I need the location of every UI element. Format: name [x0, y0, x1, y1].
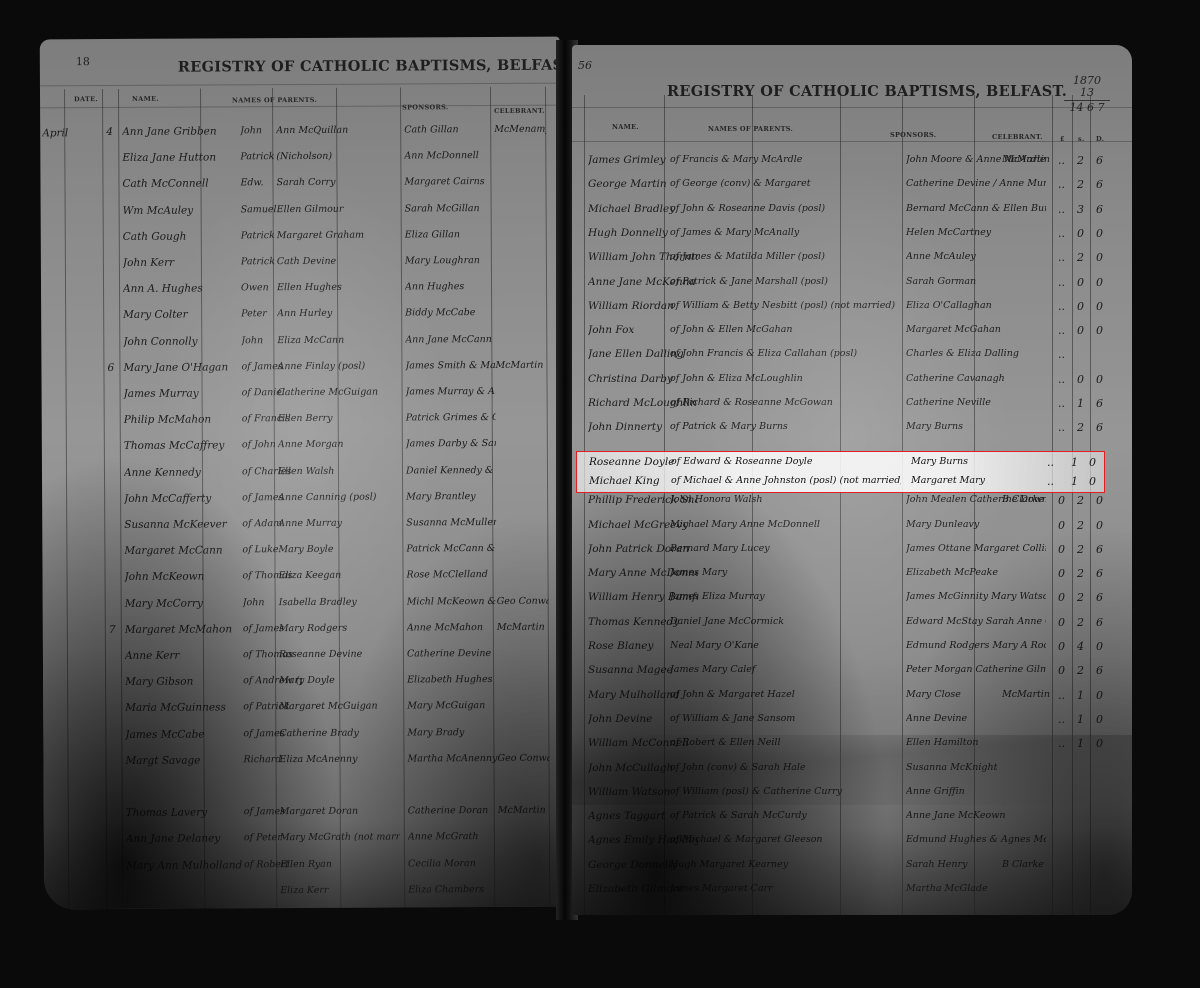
entry-parents: James Margaret Carr	[670, 883, 900, 894]
entry-pence: 0	[1096, 519, 1103, 532]
entry-mother: Ellen Berry	[278, 413, 398, 425]
table-row: Susanna McKeeverof AdamAnne MurraySusann…	[42, 514, 562, 539]
entry-pounds: 0	[1058, 543, 1065, 556]
table-row: Thomas Laveryof JamesMargaret DoranCathe…	[44, 802, 564, 827]
entry-sponsors: Catherine Devine	[407, 648, 497, 659]
col-parents: NAMES OF PARENTS.	[232, 96, 317, 104]
entry-name: Cath McConnell	[122, 178, 242, 191]
entry-mother: Ellen Gilmour	[277, 203, 397, 215]
entry-day: 6	[107, 362, 114, 374]
entry-shillings: 2	[1077, 421, 1084, 434]
entry-shillings: 1	[1077, 397, 1084, 410]
entry-pounds: ..	[1058, 324, 1065, 337]
entry-sponsors: Margaret Mary	[911, 475, 1051, 486]
entry-parents: of Richard & Roseanne McGowan	[670, 397, 900, 408]
entry-mother: Ann McQuillan	[276, 125, 396, 137]
folio-top: 13	[1064, 87, 1110, 99]
entry-name: Mary Colter	[123, 309, 243, 322]
table-row: James Murrayof DanielCatherine McGuiganJ…	[42, 383, 562, 408]
entry-sponsors: James Smith & Mary Coffey	[405, 360, 495, 371]
entry-sponsors: Ann Jane McCann	[405, 334, 495, 345]
entry-name: Maria McGuinness	[125, 702, 245, 715]
table-row: Mary McCorryJohnIsabella BradleyMichl Mc…	[43, 592, 563, 617]
table-row: John KerrPatrickCath DevineMary Loughran	[41, 252, 561, 277]
entry-parents: Daniel Jane McCormick	[670, 616, 900, 627]
entry-name: Eliza Jane Hutton	[122, 151, 242, 164]
entry-sponsors: James Darby & Sarah Dobbs	[406, 438, 496, 449]
table-row: Michael Kingof Michael & Anne Johnston (…	[577, 472, 1104, 494]
entry-parents: Hugh Margaret Kearney	[670, 859, 900, 870]
col-name: NAME.	[132, 95, 159, 103]
entry-pence: 0	[1096, 373, 1103, 386]
entry-name: Anne Kerr	[125, 649, 245, 662]
entry-pence: 6	[1096, 591, 1103, 604]
entry-pounds: ..	[1058, 300, 1065, 313]
table-row: John Foxof John & Ellen McGahanMargaret …	[572, 321, 1132, 343]
entry-sponsors: Mary Burns	[906, 421, 1046, 432]
entry-sponsors: James McGinnity Mary Watson	[906, 591, 1046, 602]
entry-mother: Isabella Bradley	[279, 596, 399, 608]
entry-pounds: 0	[1058, 664, 1065, 677]
col-name: NAME.	[612, 123, 639, 131]
col-pence: D.	[1096, 135, 1104, 143]
entry-sponsors: Ann McDonnell	[404, 150, 494, 161]
entry-parents: of James & Mary McAnally	[670, 227, 900, 238]
entry-sponsors: Margaret Cairns	[404, 176, 494, 187]
entry-mother: Roseanne Devine	[279, 648, 399, 660]
table-row: Michael McGreevyMichael Mary Anne McDonn…	[572, 516, 1132, 538]
entry-sponsors: Eliza O'Callaghan	[906, 300, 1046, 311]
table-row: William Henry BamfordJames Eliza MurrayJ…	[572, 588, 1132, 610]
entry-parents: of William & Jane Sansom	[670, 713, 900, 724]
table-row: Wm McAuleySamuelEllen GilmourSarah McGil…	[41, 199, 561, 224]
table-row: George DonnellyHugh Margaret KearneySara…	[572, 856, 1132, 878]
document-viewer: 18 REGISTRY OF CATHOLIC BAPTISMS, BELFAS…	[0, 0, 1200, 988]
entry-parents: of Michael & Margaret Gleeson	[670, 834, 900, 845]
table-row: Agnes Emily Hackleyof Michael & Margaret…	[572, 831, 1132, 853]
table-row: Eliza KerrEliza Chambers	[44, 880, 564, 905]
entry-sponsors: Helen McCartney	[906, 227, 1046, 238]
entry-sponsors: Mary Brady	[407, 727, 497, 738]
right-page-title: REGISTRY OF CATHOLIC BAPTISMS, BELFAST.	[667, 83, 1067, 100]
entry-sponsors: Rose McClelland	[407, 569, 497, 580]
entry-pounds: 0	[1058, 616, 1065, 629]
entry-pounds: ..	[1058, 737, 1065, 750]
entry-name: James Murray	[124, 387, 244, 400]
entry-name	[126, 780, 246, 781]
col-shillings: s.	[1078, 135, 1085, 143]
entry-pence: 0	[1096, 494, 1103, 507]
table-row: Jane Ellen Dallingof John Francis & Eliz…	[572, 345, 1132, 367]
entry-shillings: 1	[1071, 456, 1078, 469]
table-row: 4Ann Jane GribbenJohnAnn McQuillanCath G…	[40, 121, 560, 146]
entry-parents: Neal Mary O'Kane	[670, 640, 900, 651]
entry-name: Cath Gough	[123, 230, 243, 243]
entry-pence: 0	[1096, 640, 1103, 653]
entry-mother: Eliza Keegan	[279, 570, 399, 582]
table-row: Hugh Donnellyof James & Mary McAnallyHel…	[572, 224, 1132, 246]
entry-parents: of John & Margaret Hazel	[670, 689, 900, 700]
entry-pence: 0	[1096, 324, 1103, 337]
entry-pounds: ..	[1058, 689, 1065, 702]
entry-day: 4	[106, 126, 113, 138]
entry-name: Mary Jane O'Hagan	[123, 361, 243, 374]
entry-pounds: ..	[1047, 475, 1054, 488]
entry-mother: Catherine Brady	[279, 727, 399, 739]
entry-mother: Catherine McGuigan	[278, 386, 398, 398]
col-sponsors: SPONSORS.	[402, 103, 448, 111]
entry-shillings: 0	[1077, 373, 1084, 386]
entry-name: Mary McCorry	[125, 597, 245, 610]
entry-parents: of Patrick & Sarah McCurdy	[670, 810, 900, 821]
entry-sponsors: Anne McAuley	[906, 251, 1046, 262]
table-row: Thomas McCaffreyof JohnAnne MorganJames …	[42, 435, 562, 460]
col-celebrant: CELEBRANT.	[992, 133, 1043, 141]
entry-sponsors: Susanna McKnight	[906, 762, 1046, 773]
left-ledger-page: 18 REGISTRY OF CATHOLIC BAPTISMS, BELFAS…	[40, 37, 565, 910]
entry-sponsors: Edmund Rodgers Mary A Rodgers	[906, 640, 1046, 651]
selected-record-highlight[interactable]: Roseanne Doyleof Edward & Roseanne Doyle…	[576, 451, 1105, 493]
highlighted-entries: Roseanne Doyleof Edward & Roseanne Doyle…	[577, 452, 1104, 492]
entry-celebrant: Geo Conway	[497, 595, 549, 606]
entry-parents: John Honora Walsh	[670, 494, 900, 505]
entry-pence: 0	[1096, 227, 1103, 240]
entry-mother: Anne Finlay (posl)	[277, 360, 397, 372]
entry-shillings: 2	[1077, 178, 1084, 191]
table-row: John Devineof William & Jane SansomAnne …	[572, 710, 1132, 732]
entry-shillings: 3	[1077, 203, 1084, 216]
entry-name: Margaret McCann	[124, 544, 244, 557]
entry-parents: of John & Ellen McGahan	[670, 324, 900, 335]
entry-pounds: 0	[1058, 494, 1065, 507]
entry-parents: James Mary	[670, 567, 900, 578]
entry-name: Wm McAuley	[123, 204, 243, 217]
entry-sponsors: Ellen Hamilton	[906, 737, 1046, 748]
entry-sponsors: Sarah McGillan	[405, 203, 495, 214]
entry-mother: Ellen Hughes	[277, 282, 397, 294]
table-row: Cath GoughPatrickMargaret GrahamEliza Gi…	[41, 225, 561, 250]
table-row: Michael Bradleyof John & Roseanne Davis …	[572, 200, 1132, 222]
table-row: John McKeownof ThomasEliza KeeganRose Mc…	[42, 566, 562, 591]
entry-mother: Eliza McCann	[277, 334, 397, 346]
entry-name: John Connolly	[123, 335, 243, 348]
entry-sponsors: Anne Griffin	[906, 786, 1046, 797]
entry-name: John McCafferty	[124, 492, 244, 505]
table-row: Anne Kennedyof CharlesEllen WalshDaniel …	[42, 461, 562, 486]
entry-sponsors: Patrick Grimes & Catherine Cullen	[406, 412, 496, 423]
header-rule	[572, 141, 1132, 142]
entry-shillings: 4	[1077, 640, 1084, 653]
entry-pounds: ..	[1058, 421, 1065, 434]
entry-sponsors: Susanna McMullen	[406, 517, 496, 528]
entry-pence: 6	[1096, 154, 1103, 167]
entry-parents: James Mary Calef	[670, 664, 900, 675]
entry-name: Margaret McMahon	[125, 623, 245, 636]
entry-parents: of James & Matilda Miller (posl)	[670, 251, 900, 262]
table-row: Cath McConnellEdw.Sarah CorryMargaret Ca…	[40, 173, 560, 198]
entry-sponsors: Mary Brantley	[406, 491, 496, 502]
entry-celebrant: McMartin	[495, 360, 547, 371]
table-row: Mary ColterPeterAnn HurleyBiddy McCabe	[41, 304, 561, 329]
table-row: James McCabeof JamesCatherine BradyMary …	[43, 723, 563, 748]
entry-mother: Mary Doyle	[279, 675, 399, 687]
table-row: Maria McGuinnessof PatrickMargaret McGui…	[43, 697, 563, 722]
entry-pounds: ..	[1058, 178, 1065, 191]
table-row: Philip McMahonof FrancisEllen BerryPatri…	[42, 409, 562, 434]
table-row: Mary Gibsonof Andrew (posl)Mary DoyleEli…	[43, 671, 563, 696]
entry-pence: 0	[1096, 689, 1103, 702]
header-rule	[572, 107, 1132, 108]
entry-mother: Mary McGrath (not married)	[280, 832, 400, 844]
entry-name: Mary Ann Mulholland	[126, 859, 246, 872]
entry-parents: of Robert & Ellen Neill	[670, 737, 900, 748]
entry-sponsors: Martha McAnenny	[407, 753, 497, 764]
col-pounds: £	[1060, 135, 1065, 143]
entry-pounds: ..	[1058, 276, 1065, 289]
entry-mother: Anne Murray	[278, 517, 398, 529]
entry-parents: of Patrick & Jane Marshall (posl)	[670, 276, 900, 287]
entry-mother: Eliza Kerr	[280, 884, 400, 896]
entry-sponsors: Bernard McCann & Ellen Burns	[906, 203, 1046, 214]
entry-shillings: 2	[1077, 543, 1084, 556]
entry-pence: 6	[1096, 664, 1103, 677]
entry-name: Susanna McKeever	[124, 518, 244, 531]
entry-sponsors: Charles & Eliza Dalling	[906, 348, 1046, 359]
table-row: John McCaffertyof JamesAnne Canning (pos…	[42, 487, 562, 512]
col-celebrant: CELEBRANT.	[494, 107, 545, 115]
table-row: Phillip Frederick ShawJohn Honora WalshJ…	[572, 491, 1132, 513]
entry-shillings: 2	[1077, 616, 1084, 629]
entry-sponsors: Michl McKeown & Jane Collins	[407, 596, 497, 607]
entry-celebrant: McMartin	[497, 622, 549, 633]
table-row: Elizabeth GilmoreJames Margaret CarrMart…	[572, 880, 1132, 902]
entry-sponsors: Patrick McCann & Susanna Lennon	[406, 543, 496, 554]
entry-sponsors: Elizabeth McPeake	[906, 567, 1046, 578]
entry-sponsors: James Ottane Margaret Collins	[906, 543, 1046, 554]
entry-name	[126, 885, 246, 886]
entry-name: Thomas McCaffrey	[124, 440, 244, 453]
table-row: 7Margaret McMahonof JamesMary RodgersAnn…	[43, 618, 563, 643]
entry-parents: of William & Betty Nesbitt (posl) (not m…	[670, 300, 900, 311]
entry-pence: 6	[1096, 616, 1103, 629]
entry-sponsors: Biddy McCabe	[405, 307, 495, 318]
table-row: Anne Jane McKennaof Patrick & Jane Marsh…	[572, 273, 1132, 295]
entry-sponsors: Elizabeth Hughes	[407, 674, 497, 685]
entry-shillings: 2	[1077, 591, 1084, 604]
entry-sponsors: Catherine Doran	[408, 805, 498, 816]
entry-mother: Ellen Ryan	[280, 858, 400, 870]
entry-mother: Anne Morgan	[278, 439, 398, 451]
entry-mother: (Nicholson)	[276, 151, 396, 163]
entry-name: Margt Savage	[125, 754, 245, 767]
entry-pence: 0	[1089, 475, 1096, 488]
entry-pence: 6	[1096, 397, 1103, 410]
entry-parents: of Francis & Mary McArdle	[670, 154, 900, 165]
entry-celebrant: Geo Conway	[497, 753, 549, 764]
entry-name: Philip McMahon	[124, 413, 244, 426]
entry-shillings: 0	[1077, 324, 1084, 337]
entry-mother: Mary Boyle	[278, 544, 398, 556]
entry-sponsors: Cath Gillan	[404, 124, 494, 135]
entry-pence: 0	[1096, 713, 1103, 726]
entry-sponsors: Anne McGrath	[408, 831, 498, 842]
entry-parents: of George (conv) & Margaret	[670, 178, 900, 189]
entry-sponsors: Catherine Neville	[906, 397, 1046, 408]
entry-shillings: 0	[1077, 227, 1084, 240]
entry-name: John McKeown	[125, 571, 245, 584]
entry-pounds: 0	[1058, 567, 1065, 580]
table-row: Margt SavageRichardEliza McAnennyMartha …	[43, 749, 563, 774]
table-row: William Watsonof William (posl) & Cather…	[572, 783, 1132, 805]
table-row: Agnes Taggartof Patrick & Sarah McCurdyA…	[572, 807, 1132, 829]
entry-pence: 6	[1096, 178, 1103, 191]
entry-sponsors: Mary Burns	[911, 456, 1051, 467]
entry-shillings: 0	[1077, 276, 1084, 289]
table-row: William McConnellof Robert & Ellen Neill…	[572, 734, 1132, 756]
entry-pounds: ..	[1047, 456, 1054, 469]
entry-shillings: 2	[1077, 664, 1084, 677]
entry-name: Ann Jane Delaney	[126, 833, 246, 846]
table-row: John Patrick DoranBernard Mary LuceyJame…	[572, 540, 1132, 562]
entry-shillings: 1	[1071, 475, 1078, 488]
entry-mother: Ann Hurley	[277, 308, 397, 320]
entry-sponsors: Anne McMahon	[407, 622, 497, 633]
entry-sponsors: Anne Jane McKeown	[906, 810, 1046, 821]
entry-sponsors: Mary Dunleavy	[906, 519, 1046, 530]
entry-mother: Ellen Walsh	[278, 465, 398, 477]
entry-celebrant: McMenamy	[494, 124, 546, 135]
entry-celebrant: McMartin	[498, 805, 550, 816]
entry-shillings: 1	[1077, 713, 1084, 726]
col-parents: NAMES OF PARENTS.	[708, 125, 793, 133]
entry-sponsors: Margaret McGahan	[906, 324, 1046, 335]
entry-pence: 0	[1096, 737, 1103, 750]
entry-sponsors: Catherine Cavanagh	[906, 373, 1046, 384]
entry-mother: Anne Canning (posl)	[278, 491, 398, 503]
table-row: Ann Jane Delaneyof PeterMary McGrath (no…	[44, 828, 564, 853]
entry-pounds: ..	[1058, 397, 1065, 410]
entry-shillings: 2	[1077, 494, 1084, 507]
table-row: 6Mary Jane O'Haganof JamesAnne Finlay (p…	[41, 356, 561, 381]
table-row: Eliza Jane HuttonPatrick(Nicholson)Ann M…	[40, 147, 560, 172]
entry-day: 7	[109, 624, 116, 636]
left-page-title: REGISTRY OF CATHOLIC BAPTISMS, BELFAST.	[178, 57, 564, 76]
entry-parents: of John (conv) & Sarah Hale	[670, 762, 900, 773]
entry-name: Thomas Lavery	[126, 806, 246, 819]
table-row	[44, 776, 564, 801]
entry-sponsors: James Murray & Anne McGuigan	[406, 386, 496, 397]
entry-pounds: ..	[1058, 713, 1065, 726]
entry-pounds: ..	[1058, 154, 1065, 167]
entry-parents: of Michael & Anne Johnston (posl) (not m…	[671, 475, 901, 486]
col-date: DATE.	[74, 95, 98, 103]
folio-annotation: 1870 13 14 6 7	[1064, 75, 1110, 114]
entry-celebrant: B Clarke	[1002, 494, 1052, 505]
table-row: James Grimleyof Francis & Mary McArdleJo…	[572, 151, 1132, 173]
entry-sponsors: Mary Loughran	[405, 255, 495, 266]
entry-shillings: 2	[1077, 567, 1084, 580]
entry-pounds: ..	[1058, 348, 1065, 361]
entry-pence: 6	[1096, 203, 1103, 216]
col-sponsors: SPONSORS.	[890, 131, 936, 139]
entry-pounds: ..	[1058, 203, 1065, 216]
entry-sponsors: Martha McGlade	[906, 883, 1046, 894]
table-row: John Dinnertyof Patrick & Mary BurnsMary…	[572, 418, 1132, 440]
entry-parents: of Patrick & Mary Burns	[670, 421, 900, 432]
table-row: Anne Kerrof ThomasRoseanne DevineCatheri…	[43, 645, 563, 670]
right-page-corner-note: 56	[578, 59, 592, 72]
entry-sponsors: Edward McStay Sarah Anne Cameron	[906, 616, 1046, 627]
entry-shillings: 2	[1077, 519, 1084, 532]
table-row: Mary Ann Mulhollandof RobertEllen RyanCe…	[44, 854, 564, 879]
entry-sponsors: Daniel Kennedy & Elizabeth Kennedy	[406, 465, 496, 476]
table-row: William Riordanof William & Betty Nesbit…	[572, 297, 1132, 319]
entry-parents: Michael Mary Anne McDonnell	[670, 519, 900, 530]
entry-sponsors: Ann Hughes	[405, 281, 495, 292]
entry-parents: of William (posl) & Catherine Curry	[670, 786, 900, 797]
entry-mother	[280, 779, 400, 780]
entry-pounds: 0	[1058, 591, 1065, 604]
entry-sponsors: Sarah Gorman	[906, 276, 1046, 287]
table-row: Richard McLoughlinof Richard & Roseanne …	[572, 394, 1132, 416]
entry-sponsors: Eliza Gillan	[405, 229, 495, 240]
entry-sponsors: Anne Devine	[906, 713, 1046, 724]
entry-shillings: 2	[1077, 251, 1084, 264]
entry-name: Ann A. Hughes	[123, 282, 243, 295]
entry-name: Mary Gibson	[125, 675, 245, 688]
entry-name: John Kerr	[123, 256, 243, 269]
entry-mother: Mary Rodgers	[279, 622, 399, 634]
entry-shillings: 0	[1077, 300, 1084, 313]
entry-shillings: 1	[1077, 689, 1084, 702]
entry-pounds: 0	[1058, 640, 1065, 653]
entry-parents: of John & Eliza McLoughlin	[670, 373, 900, 384]
entry-pounds: ..	[1058, 227, 1065, 240]
entry-pence: 6	[1096, 543, 1103, 556]
entry-name: Anne Kennedy	[124, 466, 244, 479]
entry-mother: Margaret Graham	[277, 229, 397, 241]
table-row: George Martinof George (conv) & Margaret…	[572, 175, 1132, 197]
entry-pence: 0	[1096, 300, 1103, 313]
entry-sponsors: Mary McGuigan	[407, 700, 497, 711]
entry-shillings: 2	[1077, 154, 1084, 167]
left-page-corner-note: 18	[76, 55, 90, 68]
entry-parents: of John & Roseanne Davis (posl)	[670, 203, 900, 214]
table-row: John McCullaghof John (conv) & Sarah Hal…	[572, 759, 1132, 781]
entry-pence: 6	[1096, 421, 1103, 434]
table-row: William John Thorntonof James & Matilda …	[572, 248, 1132, 270]
entry-name: James McCabe	[125, 728, 245, 741]
table-row: Susanna MageeJames Mary CalefPeter Morga…	[572, 661, 1132, 683]
entry-sponsors: Catherine Devine / Anne Murray	[906, 178, 1046, 189]
entry-mother: Margaret McGuigan	[279, 701, 399, 713]
entry-parents: Bernard Mary Lucey	[670, 543, 900, 554]
entry-mother: Margaret Doran	[280, 806, 400, 818]
entry-name: Ann Jane Gribben	[122, 125, 242, 138]
entry-mother: Sarah Corry	[276, 177, 396, 189]
entry-parents: James Eliza Murray	[670, 591, 900, 602]
table-row: Mary Anne McDonnellJames MaryElizabeth M…	[572, 564, 1132, 586]
header-rule	[40, 83, 560, 87]
entry-sponsors: Cecilia Moran	[408, 858, 498, 869]
entry-pence: 0	[1096, 251, 1103, 264]
entry-pounds: ..	[1058, 251, 1065, 264]
entry-sponsors: Edmund Hughes & Agnes Moran	[906, 834, 1046, 845]
folio-bottom: 14 6 7	[1064, 102, 1110, 114]
entry-sponsors: Eliza Chambers	[408, 884, 498, 895]
table-row: Thomas KennedyDaniel Jane McCormickEdwar…	[572, 613, 1132, 635]
entry-mother: Eliza McAnenny	[279, 753, 399, 765]
